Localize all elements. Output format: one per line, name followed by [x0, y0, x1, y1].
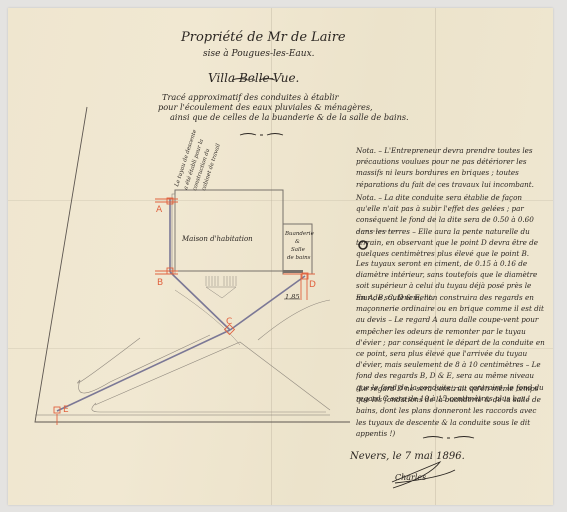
note-5: (Le regard D ne sera construit qu'en mêm… — [356, 383, 546, 439]
drain-pipes — [57, 198, 305, 411]
trace-line-1: Tracé approximatif des conduites à établ… — [162, 93, 339, 101]
property-boundary — [35, 107, 350, 422]
manhole-label-b: B — [157, 278, 163, 288]
villa-name: Villa Belle-Vue. — [208, 72, 299, 84]
dimension-label: 1.85 — [285, 294, 299, 301]
manhole-label-e: E — [63, 405, 69, 415]
property-title: Propriété de Mr de Laire — [181, 31, 346, 44]
location-line: sise à Pougues-les-Eaux. — [203, 50, 315, 59]
annex-label-1: Buanderie — [285, 232, 314, 238]
annex-label-3: Salle — [291, 248, 305, 254]
signature: Charles — [395, 474, 426, 482]
manhole-label-d: D — [309, 280, 316, 290]
annex-label-4: de bains — [287, 256, 310, 262]
main-house-label: Maison d'habitation — [182, 236, 253, 243]
annex-label-2: & — [295, 240, 300, 246]
date-line: Nevers, le 7 mai 1896. — [350, 452, 465, 462]
manhole-label-a: A — [156, 205, 162, 215]
note-2: Nota. – La dite conduite sera établie de… — [356, 192, 546, 259]
note-1: Nota. – L'Entrepreneur devra prendre tou… — [356, 145, 546, 190]
trace-line-3: ainsi que de celles de la buanderie & de… — [170, 113, 409, 121]
manhole-label-c: C — [226, 317, 232, 327]
trace-line-2: pour l'écoulement des eaux pluviales & m… — [158, 103, 373, 111]
